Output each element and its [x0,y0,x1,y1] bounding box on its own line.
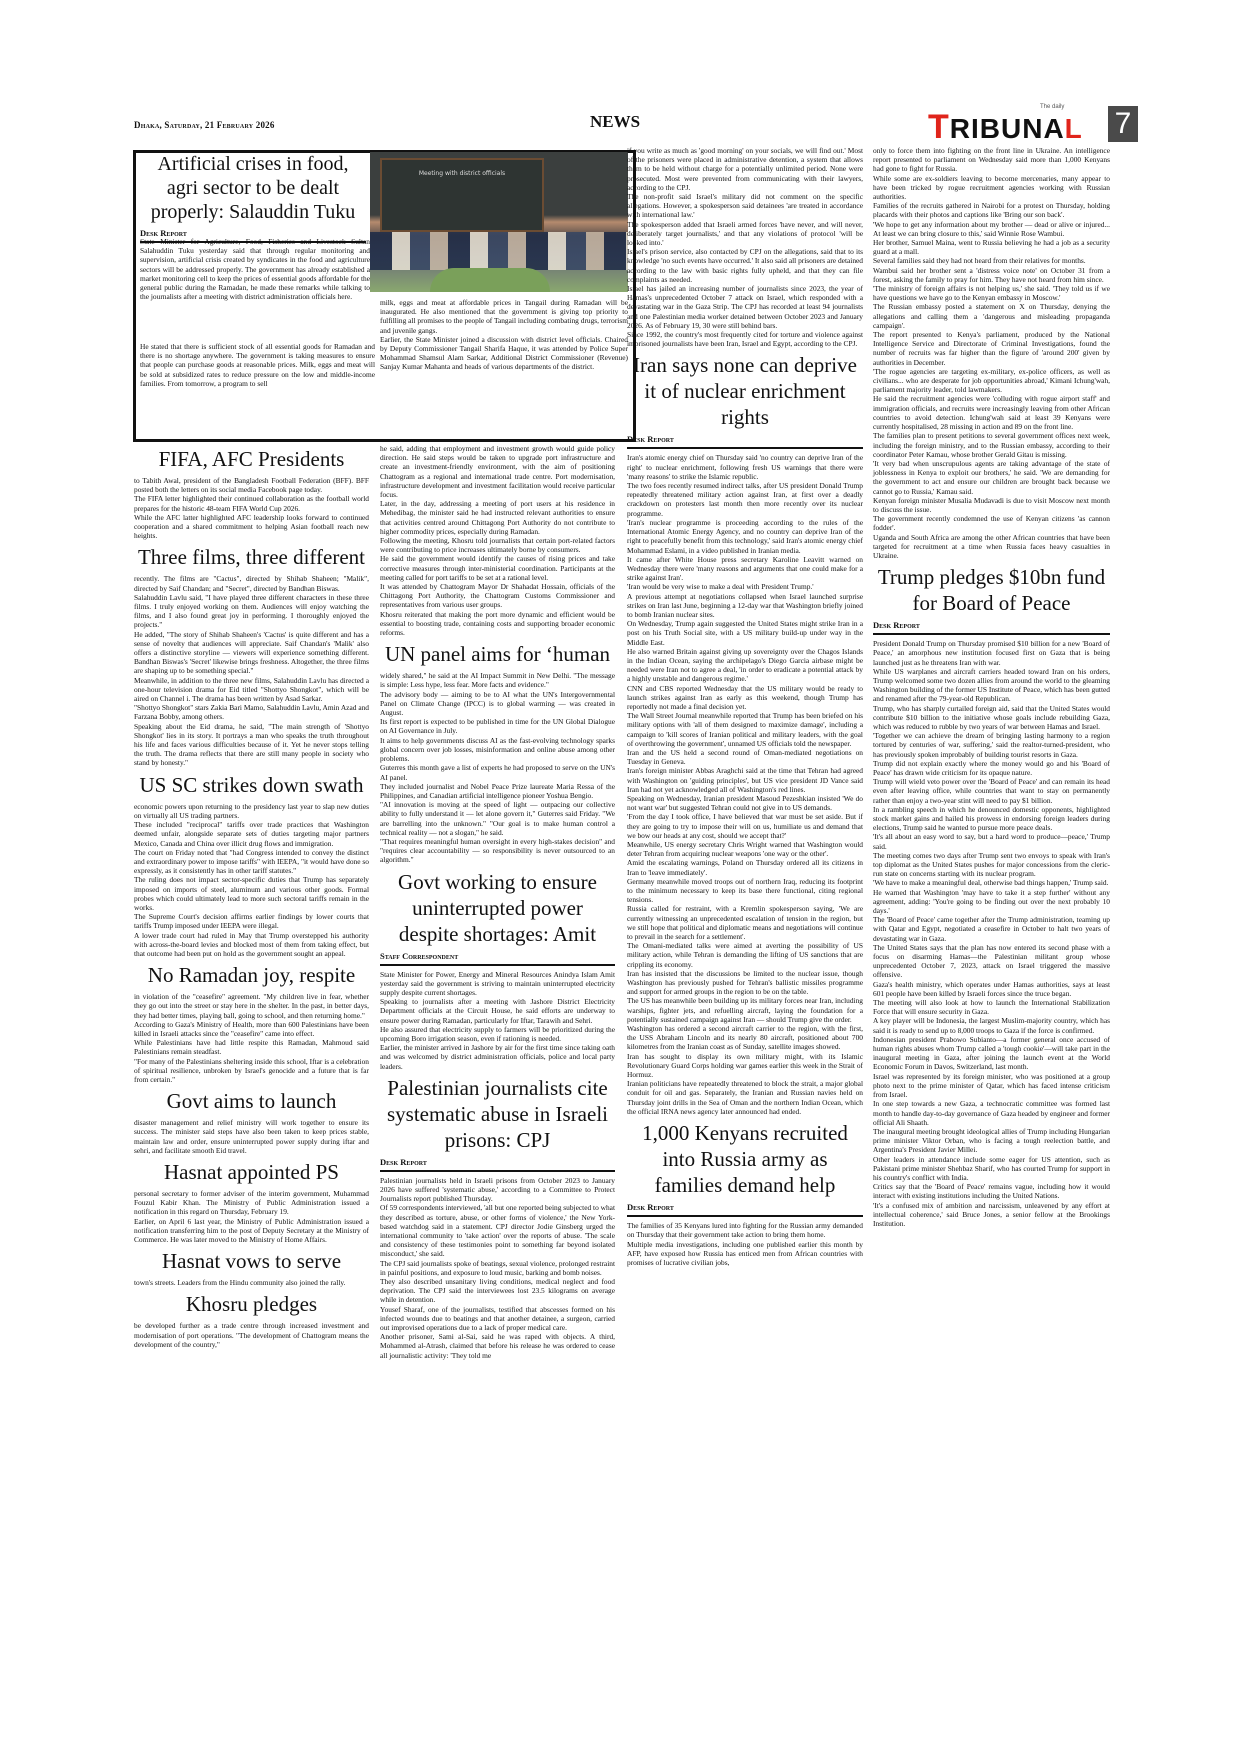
column-3: if you write as much as 'good morning' o… [627,146,863,1267]
paragraph: Iran and the US held a second round of O… [627,748,863,766]
paragraph: Khosru reiterated that making the port m… [380,610,615,638]
paragraph: 'We hope to get any information about my… [873,220,1110,238]
paragraph: It aims to help governments discuss AI a… [380,736,615,764]
paragraph: 'From the day I took office, I have beli… [627,812,863,840]
paragraph: The CPJ said journalists spoke of beatin… [380,1259,615,1277]
paragraph: in violation of the "ceasefire" agreemen… [134,992,369,1020]
paragraph: In one step towards a new Gaza, a techno… [873,1099,1110,1127]
section-title: NEWS [590,112,640,132]
paragraph: The government recently condemned the us… [873,514,1110,532]
paragraph: He added, "The story of Shihab Shaheen's… [134,630,369,676]
paragraph: The spokesperson added that Israeli arme… [627,220,863,248]
paragraph: While Palestinians have had little respi… [134,1038,369,1056]
paragraph: Families of the recruits gathered in Nai… [873,201,1110,219]
paragraph: Earlier, the minister arrived in Jashore… [380,1043,615,1071]
paragraph: Her brother, Samuel Maina, went to Russi… [873,238,1110,256]
paragraph: A previous attempt at negotiations colla… [627,592,863,620]
paragraph: Its first report is expected to be publi… [380,717,615,735]
paragraph: Speaking about the Eid drama, he said, "… [134,722,369,768]
paragraph: CNN and CBS reported Wednesday that the … [627,684,863,712]
paragraph: "Shottyo Shongkot" stars Zakia Bari Mamo… [134,703,369,721]
news-photo[interactable]: Meeting with district officials [370,152,628,292]
paragraph: Russia called for restraint, with a Krem… [627,904,863,941]
paragraph: The 'Board of Peace' came together after… [873,915,1110,943]
paragraph: personal secretary to former adviser of … [134,1189,369,1217]
paragraph: Several families said they had not heard… [873,256,1110,265]
headline[interactable]: Palestinian journalists cite systematic … [380,1075,615,1153]
paragraph: The meeting comes two days after Trump s… [873,851,1110,879]
lead-story-head: Artificial crises in food, agri sector t… [140,152,366,247]
paragraph: He warned that Washington 'may have to t… [873,888,1110,916]
headline[interactable]: UN panel aims for ‘human [380,641,615,667]
paragraph: While some are ex-soldiers leaving to be… [873,174,1110,202]
paragraph: Later, in the day, addressing a meeting … [380,499,615,536]
paragraph: "AI innovation is moving at the speed of… [380,800,615,837]
issue-date: Dhaka, Saturday, 21 February 2026 [134,120,275,130]
paragraph: Other leaders in attendance include some… [873,1155,1110,1183]
paragraph: He said the recruitment agencies were 'c… [873,394,1110,431]
paragraph: Earlier, on April 6 last year, the Minis… [134,1217,369,1245]
paragraph: The report presented to Kenya's parliame… [873,330,1110,367]
paragraph: 'Together we can achieve the dream of br… [873,731,1110,759]
paragraph: While US warplanes and aircraft carriers… [873,667,1110,704]
paragraph: Uganda and South Africa are among the ot… [873,533,1110,561]
paragraph: milk, eggs and meat at affordable prices… [380,298,628,335]
flower-arrangement [430,268,550,292]
paragraph: widely shared," he said at the AI Impact… [380,671,615,689]
paragraph: The Omani-mediated talks were aimed at a… [627,941,863,969]
paragraph: The ruling does not impact sector-specif… [134,875,369,912]
headline[interactable]: FIFA, AFC Presidents [134,446,369,472]
paragraph: to Tabith Awal, president of the Banglad… [134,476,369,494]
paragraph: State Minister for Agriculture, Food, Fi… [140,237,370,301]
paragraph: The United States says that the plan has… [873,943,1110,980]
paragraph: 'The ministry of foreign affairs is not … [873,284,1110,302]
paragraph: Meanwhile, US energy secretary Chris Wri… [627,840,863,858]
paragraph: Gaza's health ministry, which operates u… [873,980,1110,998]
paragraph: Critics say that the 'Board of Peace' re… [873,1182,1110,1200]
paragraph: 'We have to make a meaningful deal, othe… [873,878,1110,887]
paragraph: The Russian embassy posted a statement o… [873,302,1110,330]
byline: Staff Correspondent [380,951,615,966]
paragraph: The court on Friday noted that "had Cong… [134,848,369,876]
paragraph: Salahuddin Lavlu said, "I have played th… [134,593,369,630]
paragraph: Indonesian president Prabowo Subianto—a … [873,1035,1110,1072]
paragraph: In a rambling speech in which he denounc… [873,805,1110,833]
paragraph: The US has meanwhile been building up it… [627,996,863,1024]
paragraph: Trump did not explain exactly where the … [873,759,1110,777]
paragraph: Iran has insisted that the discussions b… [627,969,863,997]
paragraph: Iran has sought to display its own milit… [627,1052,863,1080]
paragraph: He stated that there is sufficient stock… [140,342,375,388]
column-4: only to force them into fighting on the … [873,146,1110,1228]
logo-name: TRIBUNAL [928,108,1083,147]
paragraph: Multiple media investigations, including… [627,1240,863,1268]
paragraph: A lower trade court had ruled in May tha… [134,931,369,959]
paragraph: Iran's atomic energy chief on Thursday s… [627,453,863,481]
paragraph: Earlier, the State Minister joined a dis… [380,335,628,372]
paragraph: Amid the escalating warnings, Poland on … [627,858,863,876]
lead-story-body-3: milk, eggs and meat at affordable prices… [380,298,628,372]
paragraph: The families of 35 Kenyans lured into fi… [627,1221,863,1239]
lead-story-body-2: He stated that there is sufficient stock… [140,342,375,388]
paragraph: State Minister for Power, Energy and Min… [380,970,615,998]
paragraph: Iranian politicians have repeatedly thre… [627,1079,863,1116]
headline[interactable]: 1,000 Kenyans recruited into Russia army… [627,1120,863,1198]
headline[interactable]: Govt working to ensure uninterrupted pow… [380,869,615,947]
paragraph: These included "reciprocal" tariffs over… [134,820,369,848]
headline[interactable]: Khosru pledges [134,1291,369,1317]
paragraph: They included journalist and Nobel Peace… [380,782,615,800]
paragraph: Following the meeting, Khosru told journ… [380,536,615,554]
paragraph: The meeting will also look at how to lau… [873,998,1110,1016]
headline[interactable]: Trump pledges $10bn fund for Board of Pe… [873,564,1110,616]
paragraph: The two foes recently resumed indirect t… [627,481,863,518]
paragraph: town's streets. Leaders from the Hindu c… [134,1278,369,1287]
paragraph: he said, adding that employment and inve… [380,444,615,499]
paragraph: The inaugural meeting brought ideologica… [873,1127,1110,1155]
paragraph: The advisory body — aiming to be to AI w… [380,690,615,718]
paragraph: Trump will wield veto power over the 'Bo… [873,777,1110,805]
paragraph: Israel has jailed an increasing number o… [627,284,863,330]
paragraph: "For many of the Palestinians sheltering… [134,1057,369,1085]
banner-screen: Meeting with district officials [380,158,544,232]
attendees [370,232,628,270]
paragraph: On Wednesday, Trump again suggested the … [627,619,863,647]
headline[interactable]: Govt aims to launch [134,1088,369,1114]
paragraph: It came after White House press secretar… [627,555,863,583]
paragraph: Israel was represented by its foreign mi… [873,1072,1110,1100]
paragraph: He also assured that electricity supply … [380,1025,615,1043]
paragraph: According to Gaza's Ministry of Health, … [134,1020,369,1038]
photo-caption: Meeting with district officials [382,170,542,177]
headline[interactable]: Hasnat appointed PS [134,1159,369,1185]
paragraph: Iran's foreign minister Abbas Araghchi s… [627,766,863,794]
paragraph: He also warned Britain against giving up… [627,647,863,684]
headline[interactable]: No Ramadan joy, respite [134,962,369,988]
paragraph: 'Iran's nuclear programme is proceeding … [627,518,863,555]
paragraph: While the AFC latter highlighted AFC lea… [134,513,369,541]
paragraph: be developed further as a trade centre t… [134,1321,369,1349]
paragraph: Wambui said her brother sent a 'distress… [873,266,1110,284]
paragraph: only to force them into fighting on the … [873,146,1110,174]
paragraph: 'It's all about an easy word to say, but… [873,832,1110,850]
headline[interactable]: Three films, three different [134,544,369,570]
paragraph: Guterres this month gave a list of exper… [380,763,615,781]
paragraph: Yousef Sharaf, one of the journalists, t… [380,1305,615,1333]
paragraph: President Donald Trump on Thursday promi… [873,639,1110,667]
paragraph: Another prisoner, Sami al-Sai, said he w… [380,1332,615,1360]
paragraph: It was attended by Chattogram Mayor Dr S… [380,582,615,610]
column-1: FIFA, AFC Presidents to Tabith Awal, pre… [134,442,369,1349]
paragraph: Kenyan foreign minister Musalia Mudavadi… [873,496,1110,514]
headline[interactable]: Artificial crises in food, agri sector t… [140,152,366,224]
paragraph: "That requires meaningful human oversigh… [380,837,615,865]
paragraph: Speaking to journalists after a meeting … [380,997,615,1025]
paragraph: disaster management and relief ministry … [134,1118,369,1155]
paragraph: Speaking on Wednesday, Iranian president… [627,794,863,812]
paragraph: if you write as much as 'good morning' o… [627,146,863,192]
paragraph: The non-profit said Israel's military di… [627,192,863,220]
byline: Desk Report [873,620,1110,635]
byline: Desk Report [627,1202,863,1217]
paragraph: 'It's a confused mix of ambition and nar… [873,1201,1110,1229]
masthead-logo[interactable]: The daily TRIBUNAL 7 [928,104,1143,144]
paragraph: Trump, who has sharply curtailed foreign… [873,704,1110,732]
paragraph: They also described unsanitary living co… [380,1277,615,1305]
paragraph: The Supreme Court's decision affirms ear… [134,912,369,930]
paragraph: Germany meanwhile moved troops out of no… [627,877,863,905]
paragraph: Meanwhile, in addition to the three new … [134,676,369,704]
headline[interactable]: US SC strikes down swath [134,772,369,798]
paragraph: economic powers upon returning to the pr… [134,802,369,820]
paragraph: 'It very bad when unscrupulous agents ar… [873,459,1110,496]
paragraph: recently. The films are "Cactus", direct… [134,574,369,592]
byline: Desk Report [380,1157,615,1172]
paragraph: He said the government would identify th… [380,554,615,582]
paragraph: Since 1992, the country's most frequentl… [627,330,863,348]
lead-story-body: State Minister for Agriculture, Food, Fi… [140,237,370,301]
page-number: 7 [1108,106,1138,142]
headline[interactable]: Hasnat vows to serve [134,1248,369,1274]
paragraph: The FIFA letter highlighted their contin… [134,494,369,512]
paragraph: The families plan to present petitions t… [873,431,1110,459]
paragraph: Of 59 correspondents interviewed, 'all b… [380,1203,615,1258]
byline: Desk Report [627,434,863,449]
paragraph: 'Iran would be very wise to make a deal … [627,582,863,591]
paragraph: Washington has ordered a second aircraft… [627,1024,863,1052]
paragraph: Israel's prison service, also contacted … [627,247,863,284]
paragraph: A key player will be Indonesia, the larg… [873,1016,1110,1034]
paragraph: The Wall Street Journal meanwhile report… [627,711,863,748]
headline[interactable]: Iran says none can deprive it of nuclear… [627,352,863,430]
paragraph: 'The rogue agencies are targeting ex-mil… [873,367,1110,395]
paragraph: Palestinian journalists held in Israeli … [380,1176,615,1204]
column-2: he said, adding that employment and inve… [380,444,615,1360]
